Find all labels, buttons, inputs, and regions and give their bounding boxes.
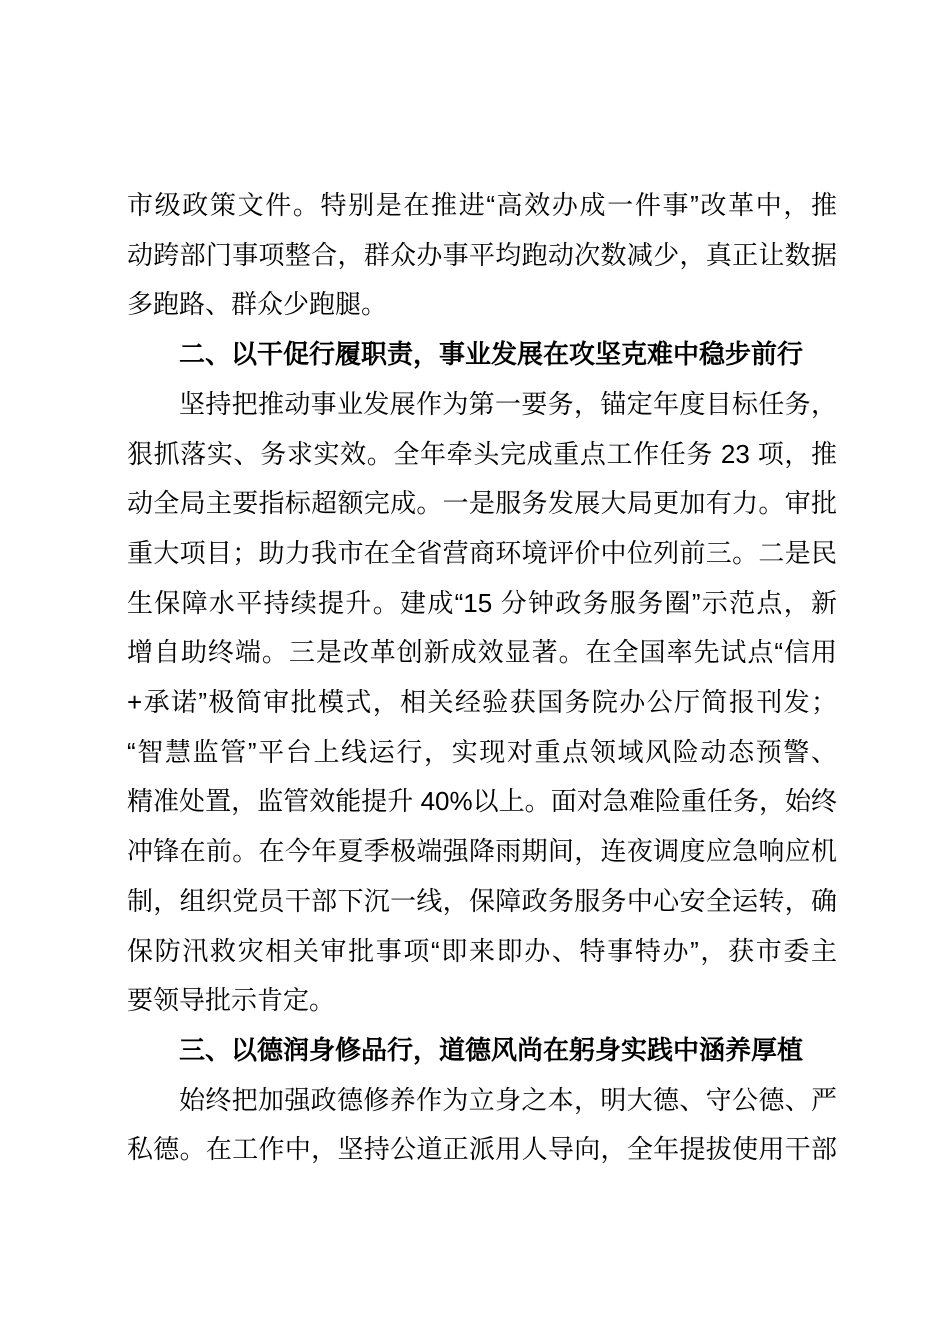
text-line: 保防汛救灾相关审批事项“即来即办、特事特办”，获市委主: [127, 927, 837, 977]
text-line: 始终把加强政德修养作为立身之本，明大德、守公德、严: [127, 1076, 837, 1126]
section-heading: 二、以干促行履职责，事业发展在攻坚克难中稳步前行: [127, 330, 837, 380]
text-line: 私德。在工作中，坚持公道正派用人导向，全年提拔使用干部: [127, 1125, 837, 1175]
document-page: 市级政策文件。特别是在推进“高效办成一件事”改革中，推动跨部门事项整合，群众办事…: [0, 0, 950, 1344]
text-line: 狠抓落实、务求实效。全年牵头完成重点工作任务 23 项，推: [127, 430, 837, 480]
document-body: 市级政策文件。特别是在推进“高效办成一件事”改革中，推动跨部门事项整合，群众办事…: [127, 181, 837, 1175]
text-line: 冲锋在前。在今年夏季极端强降雨期间，连夜调度应急响应机: [127, 827, 837, 877]
text-line: 重大项目；助力我市在全省营商环境评价中位列前三。二是民: [127, 529, 837, 579]
text-line: 市级政策文件。特别是在推进“高效办成一件事”改革中，推: [127, 181, 837, 231]
text-line: 精准处置，监管效能提升 40%以上。面对急难险重任务，始终: [127, 777, 837, 827]
text-line: 动跨部门事项整合，群众办事平均跑动次数减少，真正让数据: [127, 231, 837, 281]
text-line: 多跑路、群众少跑腿。: [127, 280, 837, 330]
text-line: 增自助终端。三是改革创新成效显著。在全国率先试点“信用: [127, 628, 837, 678]
text-line: 生保障水平持续提升。建成“15 分钟政务服务圈”示范点，新: [127, 579, 837, 629]
section-heading: 三、以德润身修品行，道德风尚在躬身实践中涵养厚植: [127, 1026, 837, 1076]
text-line: +承诺”极简审批模式，相关经验获国务院办公厅简报刊发；: [127, 678, 837, 728]
text-line: 要领导批示肯定。: [127, 976, 837, 1026]
text-line: 制，组织党员干部下沉一线，保障政务服务中心安全运转，确: [127, 877, 837, 927]
text-line: “智慧监管”平台上线运行，实现对重点领域风险动态预警、: [127, 728, 837, 778]
text-line: 动全局主要指标超额完成。一是服务发展大局更加有力。审批: [127, 479, 837, 529]
text-line: 坚持把推动事业发展作为第一要务，锚定年度目标任务，: [127, 380, 837, 430]
